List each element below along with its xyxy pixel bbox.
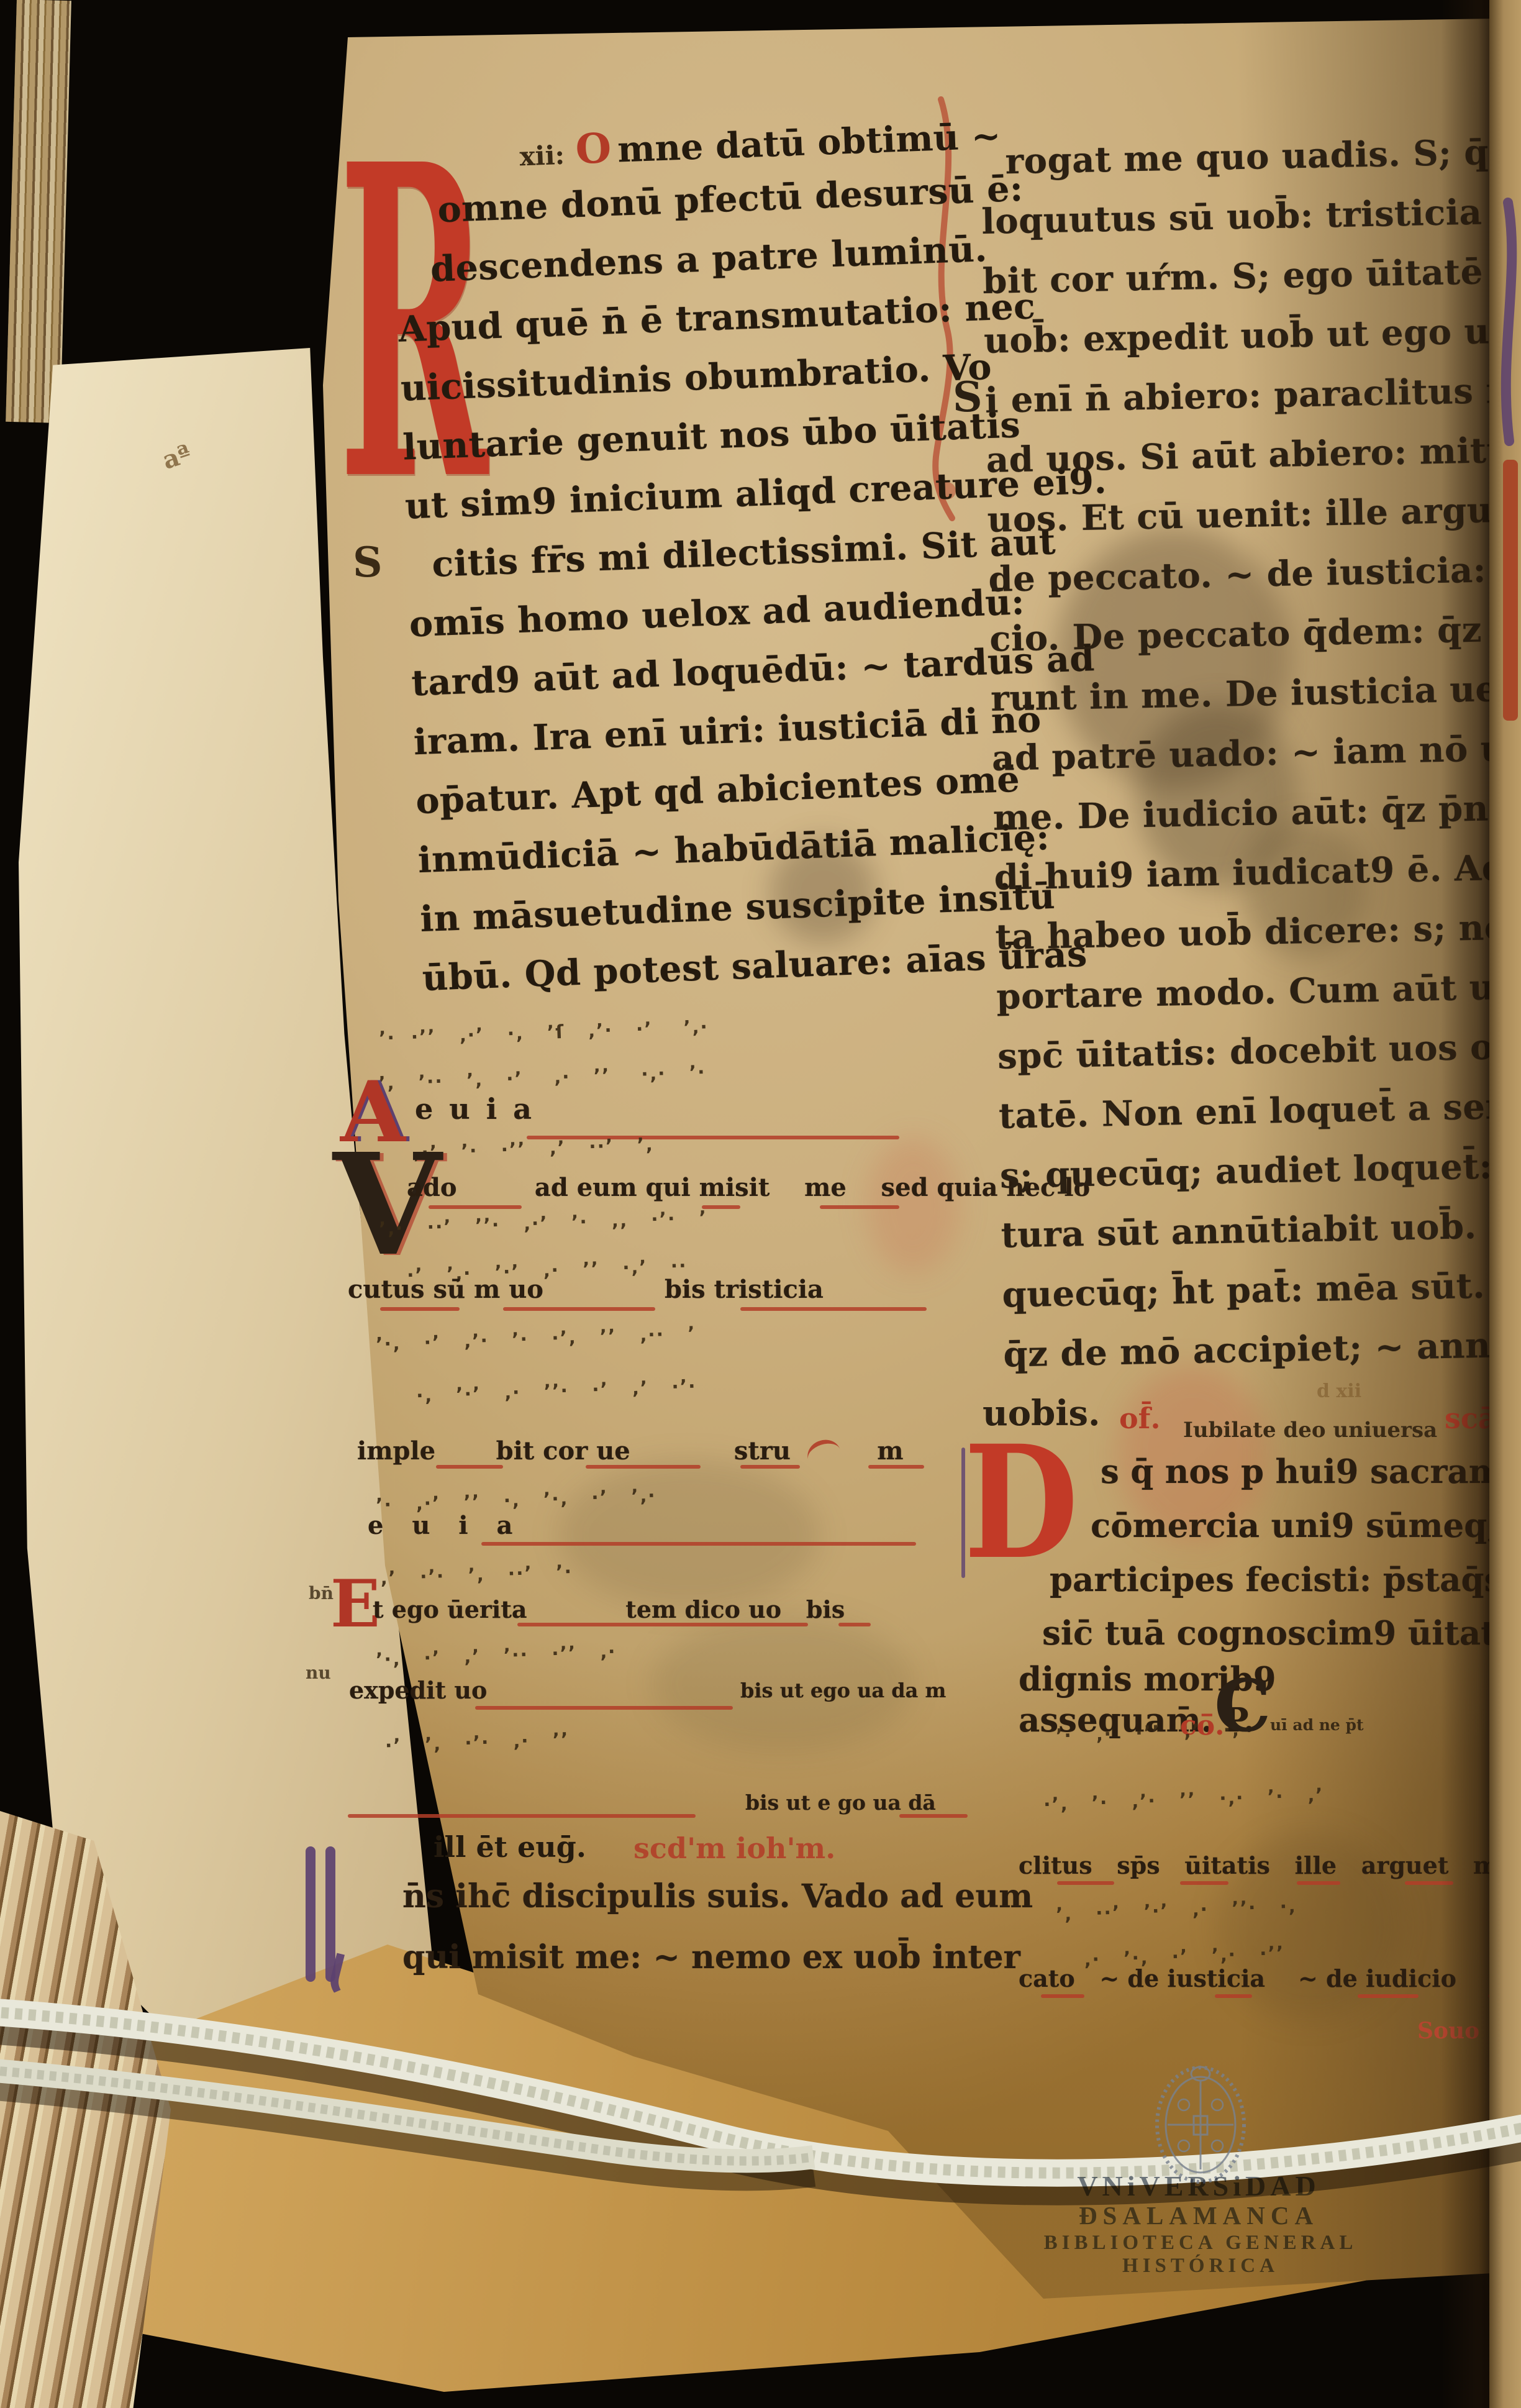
university-seal-watermark <box>1154 2061 1247 2186</box>
watermark-library-name: BIBLIOTECA GENERAL HISTÓRICA <box>1011 2232 1390 2278</box>
manuscript-photo: aª R xii: O mne datū obtimū ~ omne donū … <box>0 0 1521 2408</box>
watermark-university-line1: VNiVERSiDAD <box>1031 2169 1366 2202</box>
book-tie-cord <box>0 0 1521 2408</box>
watermark-university-line2: ƉSALAMANCA <box>1031 2200 1366 2230</box>
